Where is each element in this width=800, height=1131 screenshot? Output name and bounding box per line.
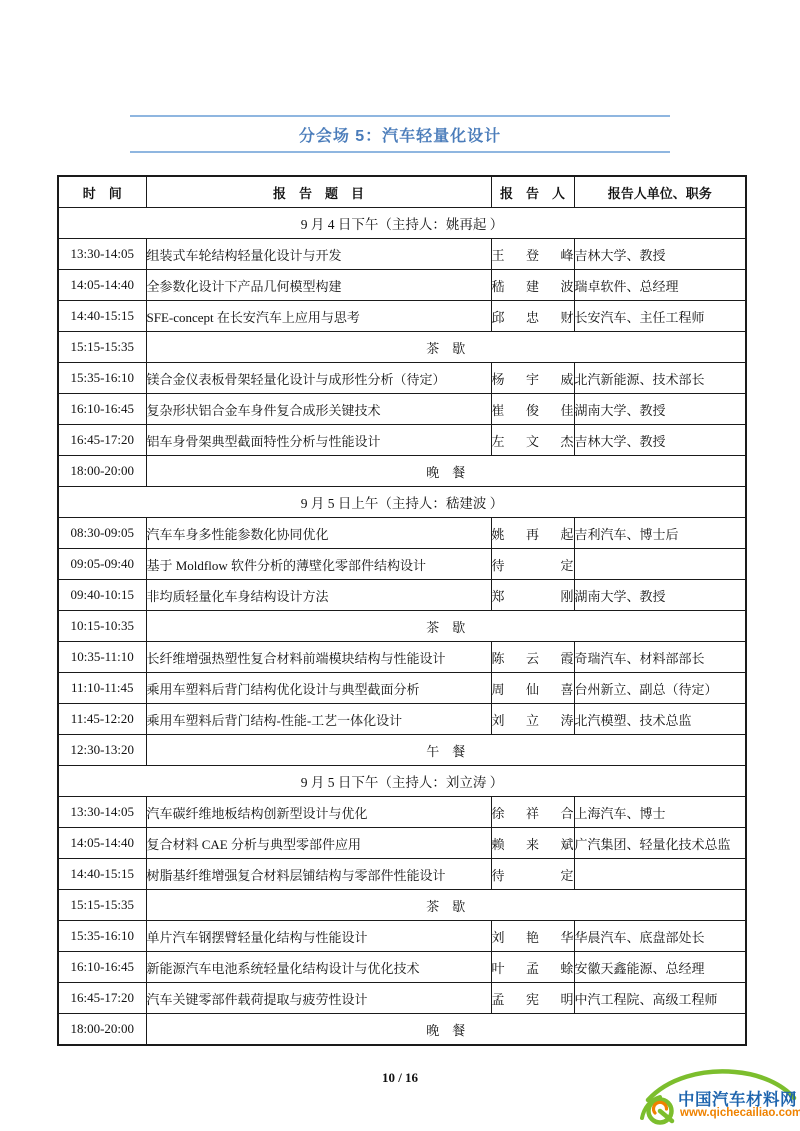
speaker-cell: 待定 bbox=[491, 859, 574, 890]
affiliation-cell: 安徽天鑫能源、总经理 bbox=[574, 952, 746, 983]
affiliation-cell: 北汽模塑、技术总监 bbox=[574, 704, 746, 735]
talk-title-cell: 长纤维增强热塑性复合材料前端模块结构与性能设计 bbox=[146, 642, 491, 673]
table-row: 13:30-14:05汽车碳纤维地板结构创新型设计与优化徐祥合上海汽车、博士 bbox=[58, 797, 746, 828]
time-cell: 10:35-11:10 bbox=[58, 642, 146, 673]
time-cell: 15:35-16:10 bbox=[58, 363, 146, 394]
table-header-row: 时 间报 告 题 目报 告 人报告人单位、职务 bbox=[58, 176, 746, 208]
table-row: 14:05-14:40复合材料 CAE 分析与典型零部件应用赖来斌广汽集团、轻量… bbox=[58, 828, 746, 859]
section-header-row: 9 月 5 日下午（主持人：刘立涛 ） bbox=[58, 766, 746, 797]
table-row: 15:35-16:10单片汽车钢摆臂轻量化结构与性能设计刘艳华华晨汽车、底盘部处… bbox=[58, 921, 746, 952]
affiliation-cell: 湖南大学、教授 bbox=[574, 580, 746, 611]
table-row: 15:35-16:10镁合金仪表板骨架轻量化设计与成形性分析（待定）杨宇威北汽新… bbox=[58, 363, 746, 394]
time-cell: 11:10-11:45 bbox=[58, 673, 146, 704]
table-row: 14:05-14:40全参数化设计下产品几何模型构建嵇建波瑞卓软件、总经理 bbox=[58, 270, 746, 301]
affiliation-cell: 北汽新能源、技术部长 bbox=[574, 363, 746, 394]
table-row: 13:30-14:05组装式车轮结构轻量化设计与开发王登峰吉林大学、教授 bbox=[58, 239, 746, 270]
talk-title-cell: 组装式车轮结构轻量化设计与开发 bbox=[146, 239, 491, 270]
time-cell: 15:15-15:35 bbox=[58, 890, 146, 921]
speaker-cell: 郑刚 bbox=[491, 580, 574, 611]
talk-title-cell: 非均质轻量化车身结构设计方法 bbox=[146, 580, 491, 611]
meal-break-cell: 晚 餐 bbox=[146, 1014, 746, 1046]
time-cell: 15:35-16:10 bbox=[58, 921, 146, 952]
speaker-cell: 陈云霞 bbox=[491, 642, 574, 673]
page-title: 分会场 5：汽车轻量化设计 bbox=[130, 117, 670, 151]
talk-title-cell: 汽车车身多性能参数化协同优化 bbox=[146, 518, 491, 549]
affiliation-cell: 瑞卓软件、总经理 bbox=[574, 270, 746, 301]
talk-title-cell: 汽车关键零部件载荷提取与疲劳性设计 bbox=[146, 983, 491, 1014]
speaker-cell: 邱忠财 bbox=[491, 301, 574, 332]
time-cell: 13:30-14:05 bbox=[58, 797, 146, 828]
speaker-cell: 叶孟蜍 bbox=[491, 952, 574, 983]
meal-break-cell: 茶 歇 bbox=[146, 890, 746, 921]
section-header-row: 9 月 4 日下午（主持人：姚再起 ） bbox=[58, 208, 746, 239]
affiliation-cell: 广汽集团、轻量化技术总监 bbox=[574, 828, 746, 859]
speaker-cell: 王登峰 bbox=[491, 239, 574, 270]
time-cell: 14:40-15:15 bbox=[58, 301, 146, 332]
talk-title-cell: 基于 Moldflow 软件分析的薄壁化零部件结构设计 bbox=[146, 549, 491, 580]
time-cell: 14:05-14:40 bbox=[58, 270, 146, 301]
speaker-cell: 待定 bbox=[491, 549, 574, 580]
time-cell: 10:15-10:35 bbox=[58, 611, 146, 642]
affiliation-cell: 长安汽车、主任工程师 bbox=[574, 301, 746, 332]
schedule-table: 时 间报 告 题 目报 告 人报告人单位、职务 9 月 4 日下午（主持人：姚再… bbox=[57, 175, 747, 1046]
table-row: 11:45-12:20乘用车塑料后背门结构-性能-工艺一体化设计刘立涛北汽模塑、… bbox=[58, 704, 746, 735]
affiliation-cell: 湖南大学、教授 bbox=[574, 394, 746, 425]
time-cell: 18:00-20:00 bbox=[58, 1014, 146, 1046]
speaker-cell: 嵇建波 bbox=[491, 270, 574, 301]
time-cell: 14:05-14:40 bbox=[58, 828, 146, 859]
time-cell: 16:45-17:20 bbox=[58, 425, 146, 456]
time-cell: 08:30-09:05 bbox=[58, 518, 146, 549]
speaker-cell: 周仙喜 bbox=[491, 673, 574, 704]
table-row: 18:00-20:00晚 餐 bbox=[58, 1014, 746, 1046]
logo-site-url: www.qichecailiao.com bbox=[680, 1107, 800, 1119]
talk-title-cell: 铝车身骨架典型截面特性分析与性能设计 bbox=[146, 425, 491, 456]
site-logo: 中国汽车材料网 www.qichecailiao.com bbox=[638, 1066, 798, 1128]
table-row: 09:05-09:40基于 Moldflow 软件分析的薄壁化零部件结构设计待定 bbox=[58, 549, 746, 580]
meal-break-cell: 茶 歇 bbox=[146, 611, 746, 642]
affiliation-cell: 台州新立、副总（待定） bbox=[574, 673, 746, 704]
talk-title-cell: 全参数化设计下产品几何模型构建 bbox=[146, 270, 491, 301]
talk-title-cell: 汽车碳纤维地板结构创新型设计与优化 bbox=[146, 797, 491, 828]
time-cell: 11:45-12:20 bbox=[58, 704, 146, 735]
speaker-cell: 杨宇威 bbox=[491, 363, 574, 394]
affiliation-cell: 华晨汽车、底盘部处长 bbox=[574, 921, 746, 952]
speaker-cell: 刘艳华 bbox=[491, 921, 574, 952]
table-row: 14:40-15:15树脂基纤维增强复合材料层铺结构与零部件性能设计待定 bbox=[58, 859, 746, 890]
time-cell: 16:10-16:45 bbox=[58, 952, 146, 983]
title-bottom-rule bbox=[130, 151, 670, 153]
talk-title-cell: 镁合金仪表板骨架轻量化设计与成形性分析（待定） bbox=[146, 363, 491, 394]
talk-title-cell: 乘用车塑料后背门结构-性能-工艺一体化设计 bbox=[146, 704, 491, 735]
affiliation-cell: 吉林大学、教授 bbox=[574, 239, 746, 270]
time-cell: 16:45-17:20 bbox=[58, 983, 146, 1014]
table-row: 12:30-13:20午 餐 bbox=[58, 735, 746, 766]
time-cell: 13:30-14:05 bbox=[58, 239, 146, 270]
meal-break-cell: 茶 歇 bbox=[146, 332, 746, 363]
table-row: 16:10-16:45复杂形状铝合金车身件复合成形关键技术崔俊佳湖南大学、教授 bbox=[58, 394, 746, 425]
table-row: 14:40-15:15SFE-concept 在长安汽车上应用与思考邱忠财长安汽… bbox=[58, 301, 746, 332]
section-header: 9 月 5 日上午（主持人：嵇建波 ） bbox=[58, 487, 746, 518]
document-page: { "page": { "session_title": "分会场 5：汽车轻量… bbox=[0, 0, 800, 1131]
time-cell: 15:15-15:35 bbox=[58, 332, 146, 363]
table-row: 09:40-10:15非均质轻量化车身结构设计方法郑刚湖南大学、教授 bbox=[58, 580, 746, 611]
table-row: 11:10-11:45乘用车塑料后背门结构优化设计与典型截面分析周仙喜台州新立、… bbox=[58, 673, 746, 704]
column-header: 报告人单位、职务 bbox=[574, 176, 746, 208]
talk-title-cell: 新能源汽车电池系统轻量化结构设计与优化技术 bbox=[146, 952, 491, 983]
time-cell: 12:30-13:20 bbox=[58, 735, 146, 766]
table-row: 08:30-09:05汽车车身多性能参数化协同优化姚再起吉利汽车、博士后 bbox=[58, 518, 746, 549]
talk-title-cell: 树脂基纤维增强复合材料层铺结构与零部件性能设计 bbox=[146, 859, 491, 890]
affiliation-cell bbox=[574, 549, 746, 580]
affiliation-cell: 吉林大学、教授 bbox=[574, 425, 746, 456]
talk-title-cell: 单片汽车钢摆臂轻量化结构与性能设计 bbox=[146, 921, 491, 952]
table-row: 10:15-10:35茶 歇 bbox=[58, 611, 746, 642]
column-header: 报 告 题 目 bbox=[146, 176, 491, 208]
speaker-cell: 姚再起 bbox=[491, 518, 574, 549]
talk-title-cell: 复杂形状铝合金车身件复合成形关键技术 bbox=[146, 394, 491, 425]
table-row: 16:10-16:45新能源汽车电池系统轻量化结构设计与优化技术叶孟蜍安徽天鑫能… bbox=[58, 952, 746, 983]
session-title-block: 分会场 5：汽车轻量化设计 bbox=[130, 115, 670, 153]
speaker-cell: 刘立涛 bbox=[491, 704, 574, 735]
table-row: 15:15-15:35茶 歇 bbox=[58, 332, 746, 363]
section-header-row: 9 月 5 日上午（主持人：嵇建波 ） bbox=[58, 487, 746, 518]
affiliation-cell: 上海汽车、博士 bbox=[574, 797, 746, 828]
speaker-cell: 徐祥合 bbox=[491, 797, 574, 828]
speaker-cell: 赖来斌 bbox=[491, 828, 574, 859]
meal-break-cell: 午 餐 bbox=[146, 735, 746, 766]
talk-title-cell: SFE-concept 在长安汽车上应用与思考 bbox=[146, 301, 491, 332]
affiliation-cell: 吉利汽车、博士后 bbox=[574, 518, 746, 549]
table-row: 16:45-17:20汽车关键零部件载荷提取与疲劳性设计孟宪明中汽工程院、高级工… bbox=[58, 983, 746, 1014]
affiliation-cell: 奇瑞汽车、材料部部长 bbox=[574, 642, 746, 673]
speaker-cell: 孟宪明 bbox=[491, 983, 574, 1014]
time-cell: 09:40-10:15 bbox=[58, 580, 146, 611]
table-row: 15:15-15:35茶 歇 bbox=[58, 890, 746, 921]
talk-title-cell: 复合材料 CAE 分析与典型零部件应用 bbox=[146, 828, 491, 859]
column-header: 报 告 人 bbox=[491, 176, 574, 208]
table-row: 10:35-11:10长纤维增强热塑性复合材料前端模块结构与性能设计陈云霞奇瑞汽… bbox=[58, 642, 746, 673]
talk-title-cell: 乘用车塑料后背门结构优化设计与典型截面分析 bbox=[146, 673, 491, 704]
speaker-cell: 左文杰 bbox=[491, 425, 574, 456]
section-header: 9 月 4 日下午（主持人：姚再起 ） bbox=[58, 208, 746, 239]
time-cell: 18:00-20:00 bbox=[58, 456, 146, 487]
meal-break-cell: 晚 餐 bbox=[146, 456, 746, 487]
speaker-cell: 崔俊佳 bbox=[491, 394, 574, 425]
table-row: 16:45-17:20铝车身骨架典型截面特性分析与性能设计左文杰吉林大学、教授 bbox=[58, 425, 746, 456]
section-header: 9 月 5 日下午（主持人：刘立涛 ） bbox=[58, 766, 746, 797]
affiliation-cell bbox=[574, 859, 746, 890]
table-row: 18:00-20:00晚 餐 bbox=[58, 456, 746, 487]
affiliation-cell: 中汽工程院、高级工程师 bbox=[574, 983, 746, 1014]
time-cell: 14:40-15:15 bbox=[58, 859, 146, 890]
time-cell: 16:10-16:45 bbox=[58, 394, 146, 425]
time-cell: 09:05-09:40 bbox=[58, 549, 146, 580]
column-header: 时 间 bbox=[58, 176, 146, 208]
